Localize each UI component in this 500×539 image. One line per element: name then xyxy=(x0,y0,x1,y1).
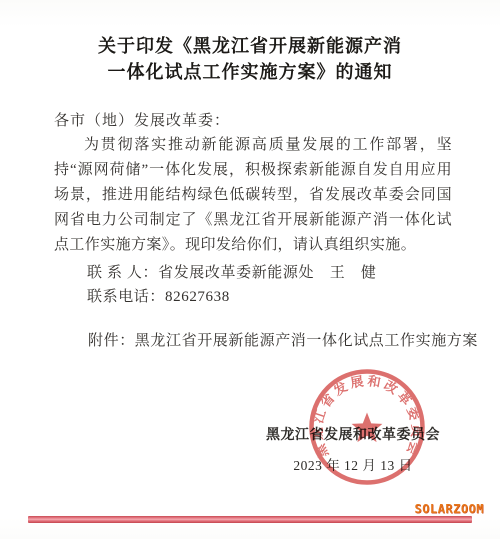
salutation: 各市（地）发展改革委： xyxy=(54,109,230,130)
footer-red-bar xyxy=(28,516,472,523)
contact-phone-label: 联系电话： xyxy=(87,289,165,305)
contact-person-value: 省发展改革委新能源处 王 健 xyxy=(158,265,376,281)
signature-block: 黑龙江省发展和改革委员会 2023 年 12 月 13 日 xyxy=(258,424,448,474)
title-line-2: 一体化试点工作实施方案》的通知 xyxy=(0,59,500,85)
contact-phone-value: 82627638 xyxy=(165,289,230,305)
issuer-name: 黑龙江省发展和改革委员会 xyxy=(258,424,448,444)
contact-phone-line: 联系电话：82627638 xyxy=(87,285,230,306)
contact-person-label: 联 系 人： xyxy=(87,265,158,281)
title-line-1: 关于印发《黑龙江省开展新能源产消 xyxy=(0,33,500,59)
issue-date: 2023 年 12 月 13 日 xyxy=(258,454,448,474)
body-paragraph: 为贯彻落实推动新能源高质量发展的工作部署，坚持“源网荷储”一体化发展，积极探索新… xyxy=(54,133,452,258)
document-title: 关于印发《黑龙江省开展新能源产消 一体化试点工作实施方案》的通知 xyxy=(0,33,500,85)
attachment-line: 附件：黑龙江省开展新能源产消一体化试点工作实施方案 xyxy=(88,329,478,350)
contact-person-line: 联 系 人：省发展改革委新能源处 王 健 xyxy=(87,261,377,282)
document-page: 关于印发《黑龙江省开展新能源产消 一体化试点工作实施方案》的通知 各市（地）发展… xyxy=(0,0,500,539)
solarzoom-watermark: SOLARZOOM xyxy=(414,502,484,516)
